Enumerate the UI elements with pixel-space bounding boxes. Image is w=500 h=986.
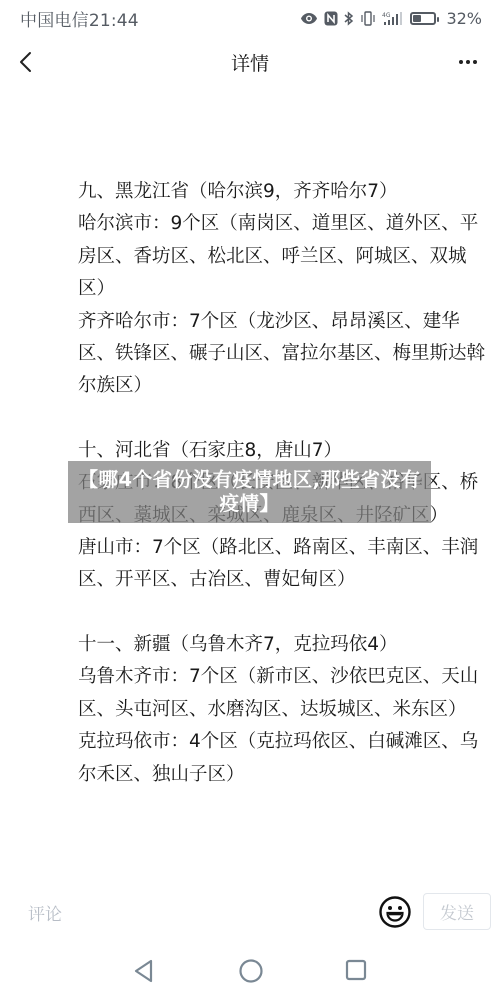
emoji-button[interactable] (378, 895, 412, 929)
status-bar: 中国电信21:44 4G 32% (0, 0, 500, 36)
city-entry: 唐山市：7个区（路北区、路南区、丰南区、丰润区、开平区、古冶区、曹妃甸区） (78, 532, 488, 597)
more-dot-icon (466, 60, 470, 64)
status-left: 中国电信21:44 (20, 6, 139, 31)
eye-icon (300, 12, 318, 25)
city-entry: 哈尔滨市：9个区（南岗区、道里区、道外区、平房区、香坊区、松北区、呼兰区、阿城区… (78, 208, 488, 305)
overlay-title: 【哪4个省份没有疫情地区,那些省没有疫情】 (74, 468, 425, 516)
system-back-button[interactable] (132, 958, 158, 984)
vibrate-icon (360, 11, 376, 26)
section-heading: 十一、新疆（乌鲁木齐7，克拉玛依4） (78, 629, 488, 661)
comment-bar: 评论 发送 (0, 890, 500, 938)
chevron-left-icon (18, 50, 34, 74)
city-entry: 克拉玛依市：4个区（克拉玛依区、白碱滩区、乌尔禾区、独山子区） (78, 726, 488, 791)
smiley-face-icon (378, 895, 412, 929)
city-entry: 乌鲁木齐市：7个区（新市区、沙依巴克区、天山区、头屯河区、水磨沟区、达坂城区、米… (78, 661, 488, 726)
circle-home-icon (238, 958, 264, 984)
send-button[interactable]: 发送 (423, 893, 491, 930)
system-nav-bar (0, 950, 500, 986)
status-icons: 4G 32% (300, 9, 482, 28)
comment-input[interactable]: 评论 (28, 900, 62, 925)
back-button[interactable] (12, 48, 40, 76)
more-dot-icon (473, 60, 477, 64)
signal-4g-icon: 4G (382, 11, 404, 26)
nfc-icon (324, 11, 338, 26)
nav-bar: 详情 (0, 40, 500, 84)
section-xinjiang: 十一、新疆（乌鲁木齐7，克拉玛依4） 乌鲁木齐市：7个区（新市区、沙依巴克区、天… (78, 629, 488, 791)
title-overlay-banner: 【哪4个省份没有疫情地区,那些省没有疫情】 (68, 461, 431, 523)
page-title: 详情 (231, 49, 269, 76)
svg-text:4G: 4G (382, 12, 391, 19)
system-recents-button[interactable] (344, 958, 370, 984)
system-home-button[interactable] (238, 958, 264, 984)
more-dot-icon (459, 60, 463, 64)
section-heilongjiang: 九、黑龙江省（哈尔滨9，齐齐哈尔7） 哈尔滨市：9个区（南岗区、道里区、道外区、… (78, 176, 488, 403)
triangle-back-icon (132, 958, 156, 984)
city-entry: 齐齐哈尔市：7个区（龙沙区、昂昂溪区、建华区、铁锋区、碾子山区、富拉尔基区、梅里… (78, 306, 488, 403)
more-button[interactable] (454, 50, 482, 74)
section-heading: 九、黑龙江省（哈尔滨9，齐齐哈尔7） (78, 176, 488, 208)
clock: 21:44 (89, 11, 139, 31)
battery-icon (410, 12, 436, 25)
carrier-name: 中国电信 (20, 11, 89, 31)
bluetooth-icon (344, 11, 354, 26)
square-recents-icon (344, 958, 368, 982)
battery-percent: 32% (446, 9, 482, 28)
